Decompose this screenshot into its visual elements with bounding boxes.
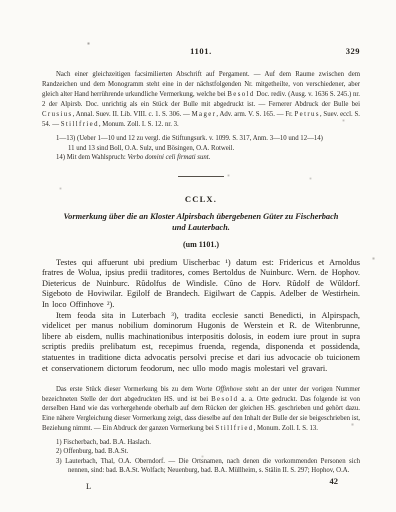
body-paragraph-testes: Testes qui affuerunt ubi predium Uischer… [42,258,360,311]
text-segment: , Monum. Zoll. I. S. 12. nr. 3. [99,121,179,128]
footnotes: 1) Fischerbach, bad. B.A. Haslach. 2) Of… [42,438,360,475]
prior-document-footnotes: 1—13) (Ueber 1—10 und 12 zu vergl. die S… [42,134,360,162]
page-footer: L 42 [42,476,360,492]
document-date: (um 1101.) [42,240,360,249]
text-segment: Petrus [295,111,320,118]
prior-footnote-line-3: 14) Mit dem Wahlspruch: Verbo domini cel… [56,153,360,162]
document-number-heading: CCLX. [42,194,360,204]
text-segment: Stillfried [61,121,99,128]
footnote-3: 3) Lauterbach, Thal, O.A. Oberndorf. — D… [42,457,360,476]
text-segment: , Adv. arm. V. S. 165. — Fr. [216,111,294,118]
sheet-number: 42 [330,476,339,486]
body-paragraph-item-feoda: Item feoda sita in Luterbach ³), tradita… [42,311,360,375]
section-divider [178,176,224,177]
running-head: 1101. 329 [42,46,360,57]
text-segment: Crusius [42,111,73,118]
text-segment: Das erste Stück dieser Vormerkung bis zu… [56,386,216,393]
editorial-commentary: Das erste Stück dieser Vormerkung bis zu… [42,385,360,433]
text-segment: Besold [211,396,238,403]
text-segment: Stillfried [215,425,253,432]
text-segment: , Monum. Zoll. I. S. 13. [254,425,318,432]
text-segment: Verbo domini celi firmati sunt. [127,154,210,161]
text-segment: 14) Mit dem Wahlspruch: [56,154,127,161]
text-segment: , Annal. Suev. II. Lib. VIII. c. 1. S. 3… [73,111,192,118]
scan-noise-specks [0,0,1,1]
document-title-line-2: und Lauterbach. [42,222,360,233]
document-title-line-1: Vormerkung über die an Kloster Alpirsbac… [42,211,360,222]
signature-mark: L [86,481,91,491]
prior-footnote-line-2: 11 und 13 sind Boll, O.A. Sulz, und Bösi… [68,144,360,153]
text-segment: Besold [227,91,254,98]
source-note: Nach einer gleichzeitigen facsimilierten… [42,70,360,129]
text-segment: Mager [192,111,217,118]
page-number: 329 [346,46,360,56]
footnote-1: 1) Fischerbach, bad. B.A. Haslach. [56,438,360,447]
running-head-year: 1101. [42,46,360,56]
scanned-book-page: 1101. 329 Nach einer gleichzeitigen facs… [0,0,396,512]
footnote-2: 2) Offenburg, bad. B.A.St. [56,447,360,456]
prior-footnote-line-1: 1—13) (Ueber 1—10 und 12 zu vergl. die S… [56,134,360,143]
text-segment: Offinhove [216,386,243,393]
